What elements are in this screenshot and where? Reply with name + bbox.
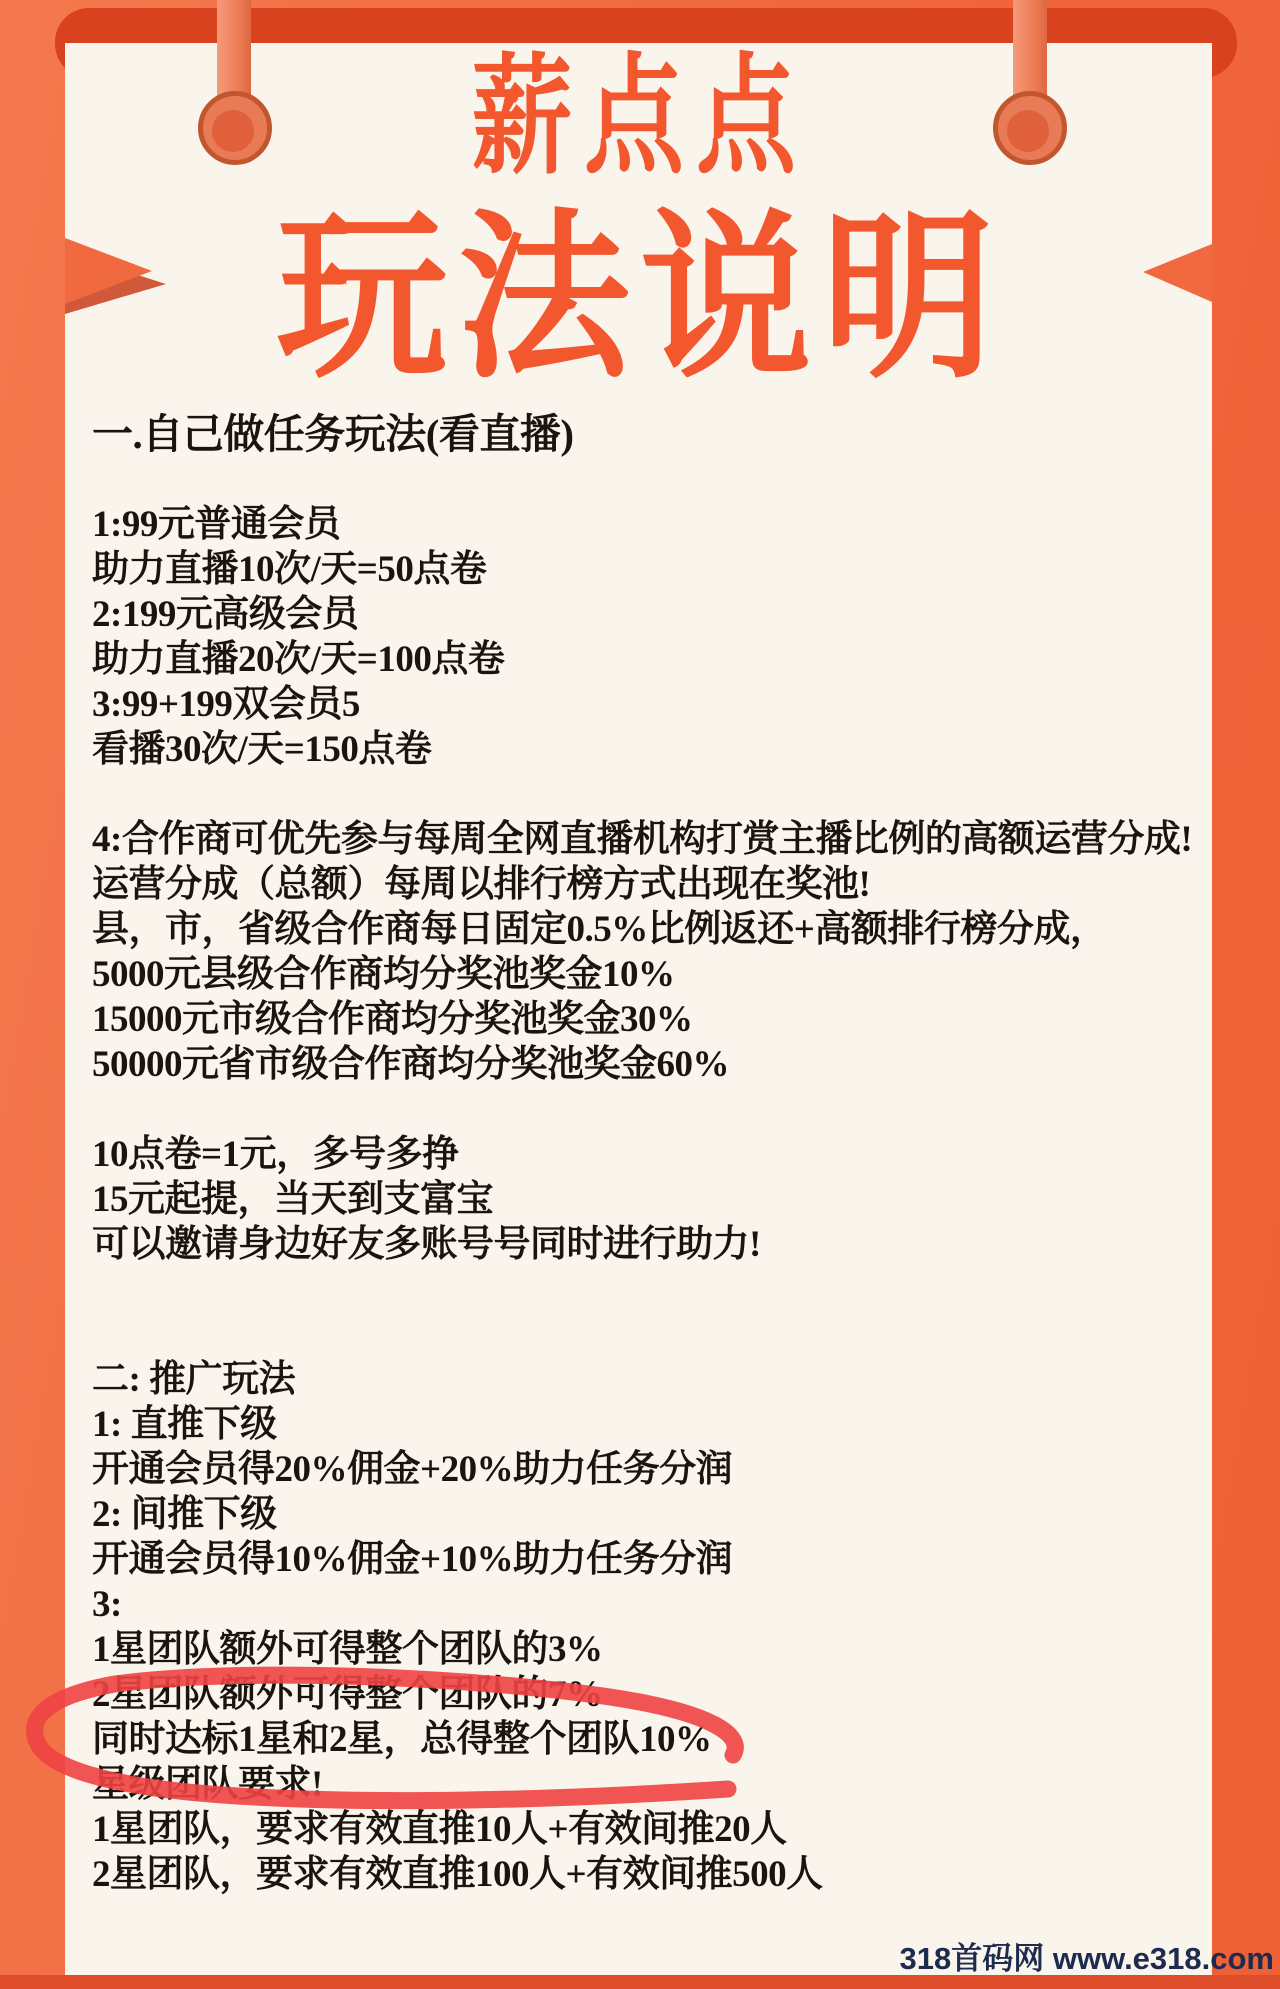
text-line (92, 1312, 1204, 1357)
text-line: 50000元省市级合作商均分奖池奖金60% (92, 1042, 1204, 1087)
text-line: 10点卷=1元，多号多挣 (92, 1132, 1204, 1177)
text-line: 15000元市级合作商均分奖池奖金30% (92, 997, 1204, 1042)
text-line (92, 772, 1204, 817)
brand-title: 薪点点 (0, 52, 1280, 182)
text-line: 星级团队要求! (92, 1762, 1204, 1807)
text-line: 1星团队额外可得整个团队的3% (92, 1627, 1204, 1672)
text-line: 2: 间推下级 (92, 1492, 1204, 1537)
text-line: 3: (92, 1582, 1204, 1627)
text-line: 4:合作商可优先参与每周全网直播机构打赏主播比例的高额运营分成! (92, 817, 1204, 862)
text-line: 可以邀请身边好友多账号号同时进行助力! (92, 1222, 1204, 1267)
text-line (92, 1087, 1204, 1132)
watermark: 318首码网 www.e318.com (900, 1942, 1274, 1976)
text-line: 助力直播10次/天=50点卷 (92, 547, 1204, 592)
text-line: 15元起提，当天到支富宝 (92, 1177, 1204, 1222)
text-line: 1星团队，要求有效直推10人+有效间推20人 (92, 1807, 1204, 1852)
text-line (92, 457, 1204, 502)
bottom-strip (0, 1975, 1280, 1989)
text-line: 1:99元普通会员 (92, 502, 1204, 547)
text-line: 同时达标1星和2星，总得整个团队10% (92, 1717, 1204, 1762)
text-line: 县，市，省级合作商每日固定0.5%比例返还+高额排行榜分成， (92, 907, 1204, 952)
text-line: 开通会员得10%佣金+10%助力任务分润 (92, 1537, 1204, 1582)
body-text: 一.自己做任务玩法(看直播)1:99元普通会员助力直播10次/天=50点卷2:1… (92, 412, 1204, 1897)
text-line: 2星团队，要求有效直推100人+有效间推500人 (92, 1852, 1204, 1897)
text-line (92, 1267, 1204, 1312)
text-line: 5000元县级合作商均分奖池奖金10% (92, 952, 1204, 997)
text-line: 2星团队额外可得整个团队的7% (92, 1672, 1204, 1717)
text-line: 二: 推广玩法 (92, 1357, 1204, 1402)
text-line: 1: 直推下级 (92, 1402, 1204, 1447)
text-line: 助力直播20次/天=100点卷 (92, 637, 1204, 682)
promo-poster: 薪点点 玩法说明 一.自己做任务玩法(看直播)1:99元普通会员助力直播10次/… (0, 0, 1280, 1989)
text-line: 一.自己做任务玩法(看直播) (92, 412, 1204, 457)
text-line: 看播30次/天=150点卷 (92, 727, 1204, 772)
page-title: 玩法说明 (0, 208, 1280, 389)
text-line: 2:199元高级会员 (92, 592, 1204, 637)
text-line: 3:99+199双会员5 (92, 682, 1204, 727)
text-line: 开通会员得20%佣金+20%助力任务分润 (92, 1447, 1204, 1492)
text-line: 运营分成（总额）每周以排行榜方式出现在奖池! (92, 862, 1204, 907)
